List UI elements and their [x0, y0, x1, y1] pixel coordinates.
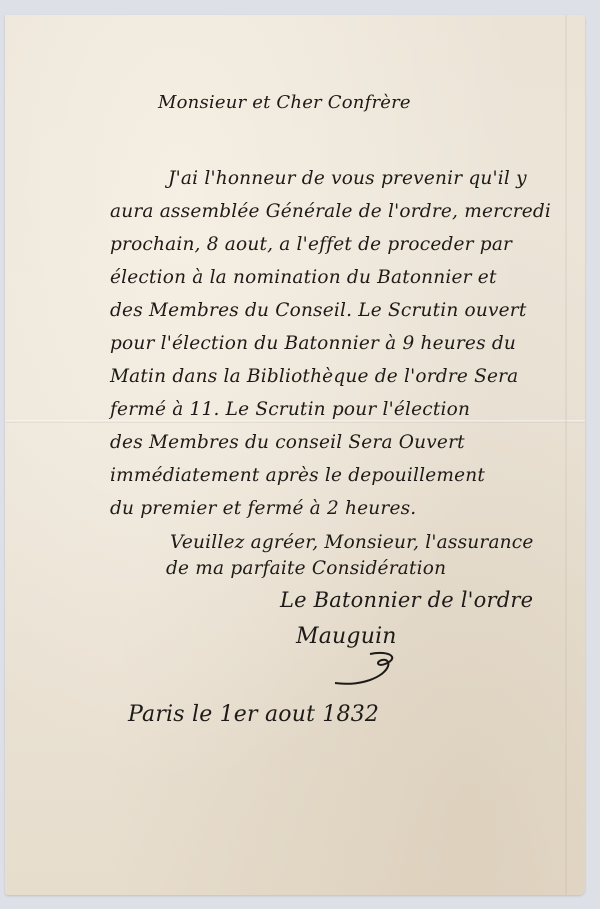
- letter-paper: [5, 15, 585, 895]
- body-line: pour l'élection du Batonnier à 9 heures …: [110, 333, 516, 354]
- signature-flourish-icon: [330, 650, 420, 690]
- closing-line: de ma parfaite Considération: [166, 558, 446, 579]
- body-line: Matin dans la Bibliothèque de l'ordre Se…: [110, 366, 518, 387]
- signature-name: Mauguin: [296, 624, 397, 649]
- body-line: prochain, 8 aout, a l'effet de proceder …: [110, 234, 512, 255]
- letter-salutation: Monsieur et Cher Confrère: [158, 92, 411, 113]
- paper-fold-vertical: [565, 15, 567, 895]
- body-line: J'ai l'honneur de vous prevenir qu'il y: [168, 168, 527, 189]
- signature-title: Le Batonnier de l'ordre: [280, 588, 533, 612]
- body-line: des Membres du Conseil. Le Scrutin ouver…: [110, 300, 526, 321]
- body-line: fermé à 11. Le Scrutin pour l'élection: [110, 399, 470, 420]
- letter-dateline: Paris le 1er aout 1832: [128, 702, 379, 727]
- body-line: du premier et fermé à 2 heures.: [110, 498, 416, 519]
- paper-fold-horizontal: [5, 420, 585, 423]
- body-line: aura assemblée Générale de l'ordre, merc…: [110, 201, 551, 222]
- closing-line: Veuillez agréer, Monsieur, l'assurance: [170, 532, 534, 553]
- body-line: élection à la nomination du Batonnier et: [110, 267, 497, 288]
- body-line: immédiatement après le depouillement: [110, 465, 485, 486]
- body-line: des Membres du conseil Sera Ouvert: [110, 432, 465, 453]
